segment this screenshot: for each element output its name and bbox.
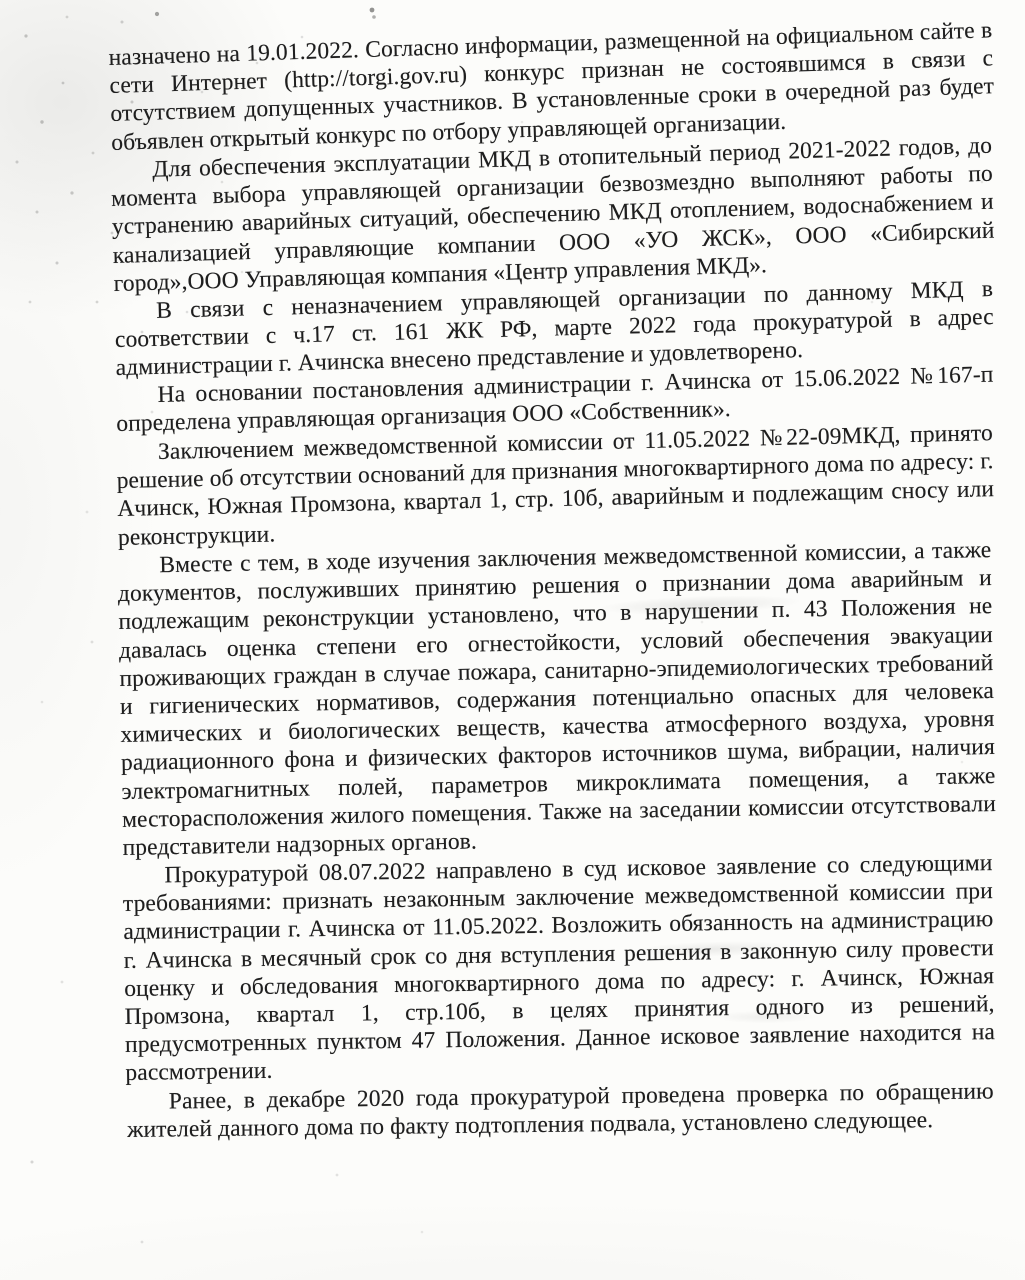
paragraph-heating-period: Для обеспечения эксплуатации МКД в отопи… [110, 131, 996, 297]
paragraph-violations-found: Вместе с тем, в ходе изучения заключения… [117, 536, 997, 862]
paragraph-commission-conclusion: Заключением межведомственной комиссии от… [116, 419, 995, 552]
scanned-document-page: назначено на 19.01.2022. Согласно информ… [0, 0, 1025, 1280]
paragraph-lawsuit: Прокуратурой 08.07.2022 направлено в суд… [122, 849, 995, 1088]
scan-noise [0, 0, 2, 2]
document-text-block: назначено на 19.01.2022. Согласно информ… [110, 44, 994, 1144]
paragraph-earlier-inspection: Ранее, в декабре 2020 года прокуратурой … [127, 1077, 995, 1144]
